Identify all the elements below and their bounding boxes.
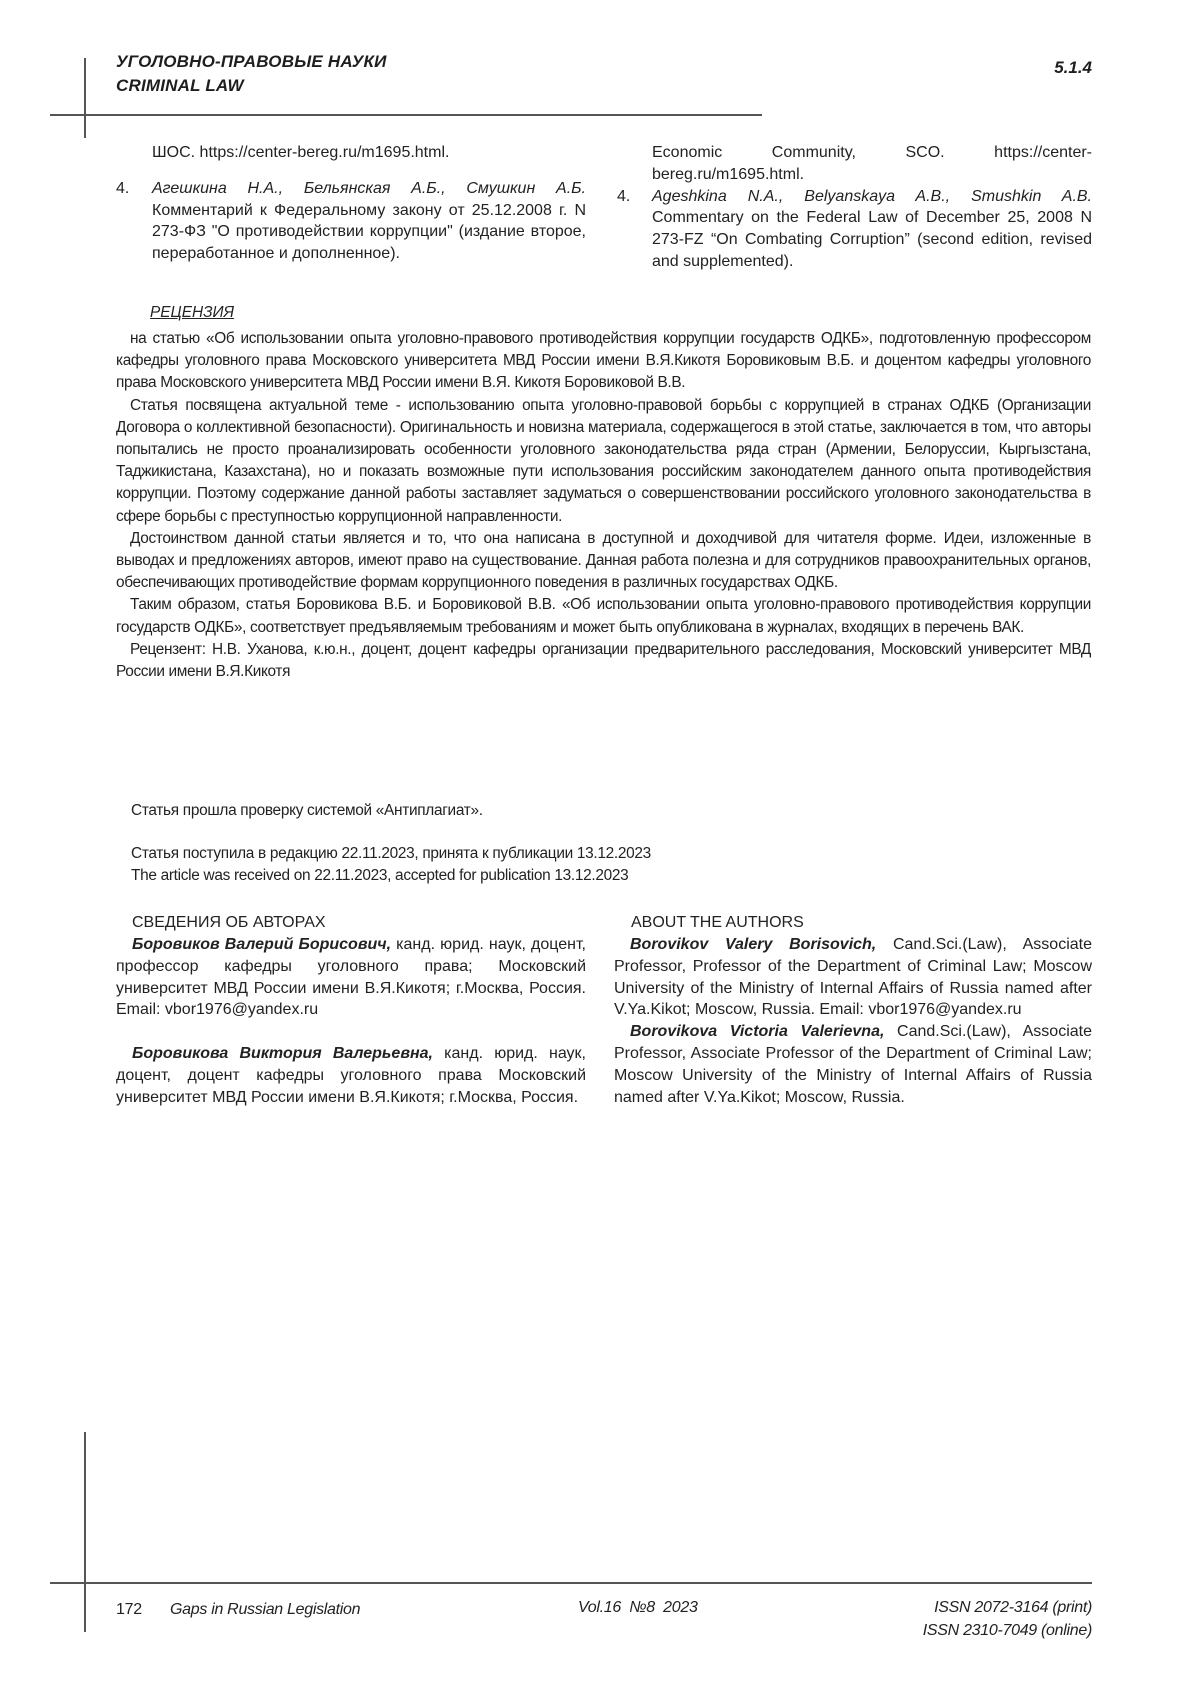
author-entry-en: Borovikova Victoria Valerievna, Cand.Sci… [614,1021,1092,1108]
references-ru: ШОС. https://center-bereg.ru/m1695.html.… [116,142,586,265]
reviewer-line: Рецензент: Н.В. Уханова, к.ю.н., доцент,… [116,639,1091,683]
authors-heading-en: ABOUT THE AUTHORS [614,912,1092,934]
reference-number: 4. [116,178,129,200]
section-code: 5.1.4 [1054,58,1092,78]
authors-heading-ru: СВЕДЕНИЯ ОБ АВТОРАХ [116,912,586,934]
reference-continuation-ru: ШОС. https://center-bereg.ru/m1695.html. [116,142,586,164]
issn-print: ISSN 2072-3164 (print) [934,1599,1092,1617]
section-title-ru: УГОЛОВНО-ПРАВОВЫЕ НАУКИ [116,50,387,74]
footer-vertical-rule [84,1432,86,1632]
review-paragraph: Таким образом, статья Боровикова В.Б. и … [116,594,1091,638]
references-en: Economic Community, SCO. https://center-… [617,142,1092,273]
review-paragraph: Достоинством данной статьи является и то… [116,528,1091,595]
footer-horizontal-rule [50,1582,1092,1584]
dates-ru: Статья поступила в редакцию 22.11.2023, … [131,843,651,865]
authors-ru: СВЕДЕНИЯ ОБ АВТОРАХ Боровиков Валерий Бо… [116,912,586,1109]
reference-continuation-en: Economic Community, SCO. https://center-… [617,142,1092,186]
author-entry-ru: Боровиков Валерий Борисович, канд. юрид.… [116,934,586,1021]
reference-item-ru: 4. Агешкина Н.А., Бельянская А.Б., Смушк… [116,178,586,265]
authors-en: ABOUT THE AUTHORS Borovikov Valery Boris… [614,912,1092,1108]
reference-text-ru: Комментарий к Федеральному закону от 25.… [152,202,586,263]
author-entry-ru: Боровикова Виктория Валерьевна, канд. юр… [116,1043,586,1108]
issue-info: Vol.16 №8 2023 [578,1599,698,1617]
author-name: Borovikova Victoria Valerievna, [630,1023,884,1040]
journal-name: Gaps in Russian Legislation [170,1601,360,1619]
author-name: Боровиков Валерий Борисович, [132,936,391,953]
plagiarism-note: Статья прошла проверку системой «Антипла… [131,800,483,822]
reference-number: 4. [617,186,630,208]
review-body: на статью «Об использовании опыта уголов… [116,328,1091,683]
running-header: УГОЛОВНО-ПРАВОВЫЕ НАУКИ CRIMINAL LAW [116,50,387,98]
header-vertical-rule [84,58,86,138]
review-title: РЕЦЕНЗИЯ [150,304,234,322]
review-paragraph: на статью «Об использовании опыта уголов… [116,328,1091,395]
review-paragraph: Статья посвящена актуальной теме - испол… [116,395,1091,528]
page-number: 172 [116,1601,142,1619]
author-name: Боровикова Виктория Валерьевна, [132,1045,433,1062]
author-name: Borovikov Valery Borisovich, [630,936,876,953]
issn-online: ISSN 2310-7049 (online) [923,1622,1092,1640]
author-entry-en: Borovikov Valery Borisovich, Cand.Sci.(L… [614,934,1092,1021]
dates-en: The article was received on 22.11.2023, … [131,865,628,887]
reference-authors-en: Ageshkina N.A., Belyanskaya A.B., Smushk… [652,188,1092,205]
reference-item-en: 4. Ageshkina N.A., Belyanskaya A.B., Smu… [617,186,1092,273]
section-title-en: CRIMINAL LAW [116,74,387,98]
reference-authors-ru: Агешкина Н.А., Бельянская А.Б., Смушкин … [152,180,586,197]
header-horizontal-rule [50,114,762,116]
reference-text-en: Commentary on the Federal Law of Decembe… [652,209,1092,270]
